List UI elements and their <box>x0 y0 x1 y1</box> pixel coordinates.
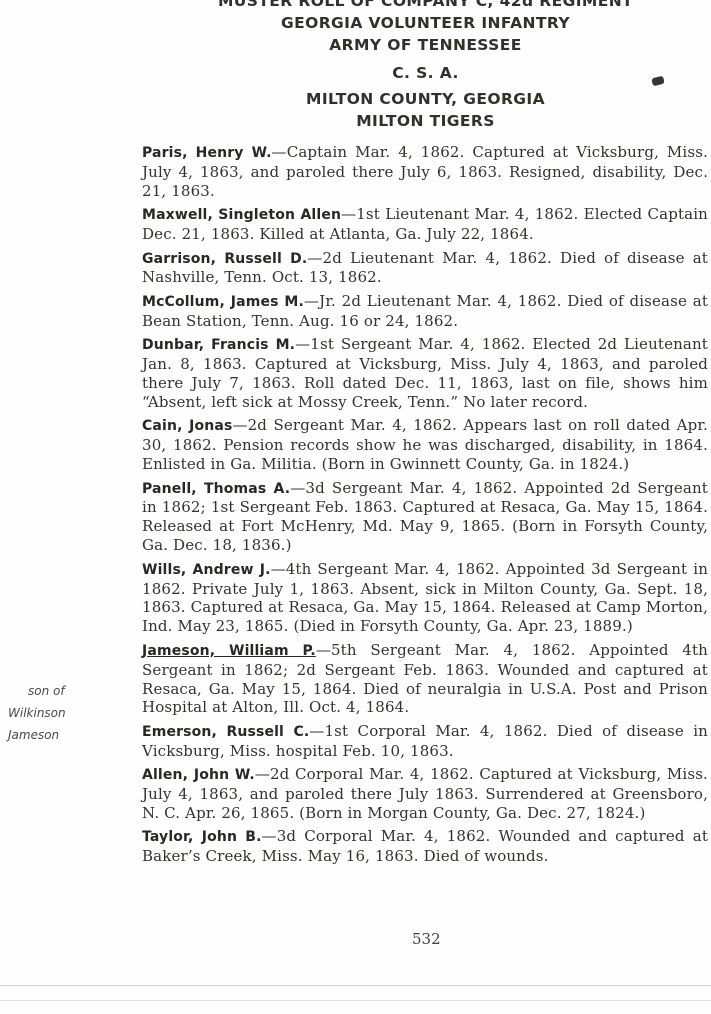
soldier-name: Cain, Jonas <box>142 418 232 434</box>
roster-entry: Cain, Jonas—2d Sergeant Mar. 4, 1862. Ap… <box>142 416 708 474</box>
note-line: Jameson <box>8 724 118 746</box>
page-fold-line <box>0 985 711 986</box>
soldier-name: Panell, Thomas A. <box>142 481 290 497</box>
roster-entry: Jameson, William P.—5th Sergeant Mar. 4,… <box>142 641 708 718</box>
roster-entry: Taylor, John B.—3d Corporal Mar. 4, 1862… <box>142 827 708 866</box>
soldier-name: Emerson, Russell C. <box>142 724 309 740</box>
soldier-name: Taylor, John B. <box>142 829 262 845</box>
soldier-name: Jameson, William P. <box>142 643 316 659</box>
soldier-name: Dunbar, Francis M. <box>142 337 295 353</box>
header-company-name: MILTON TIGERS <box>140 110 711 132</box>
header-unit: GEORGIA VOLUNTEER INFANTRY <box>140 12 711 34</box>
roster-entry: Emerson, Russell C.—1st Corporal Mar. 4,… <box>142 722 708 761</box>
roster-entries: Paris, Henry W.—Captain Mar. 4, 1862. Ca… <box>142 143 708 871</box>
header-title: MUSTER ROLL OF COMPANY C, 42d REGIMENT <box>140 0 711 12</box>
roster-entry: Maxwell, Singleton Allen—1st Lieutenant … <box>142 205 708 244</box>
header-county: MILTON COUNTY, GEORGIA <box>140 88 711 110</box>
soldier-name: Garrison, Russell D. <box>142 251 307 267</box>
header-army: ARMY OF TENNESSEE <box>140 34 711 56</box>
roster-entry: Wills, Andrew J.—4th Sergeant Mar. 4, 18… <box>142 560 708 637</box>
roster-entry: McCollum, James M.—Jr. 2d Lieutenant Mar… <box>142 292 708 331</box>
roster-entry: Panell, Thomas A.—3d Sergeant Mar. 4, 18… <box>142 479 708 556</box>
page-number: 532 <box>0 930 711 948</box>
soldier-name: Allen, John W. <box>142 767 255 783</box>
header-csa: C. S. A. <box>140 62 711 84</box>
roster-entry: Paris, Henry W.—Captain Mar. 4, 1862. Ca… <box>142 143 708 201</box>
soldier-name: Maxwell, Singleton Allen <box>142 207 341 223</box>
handwritten-margin-note: son of Wilkinson Jameson <box>8 680 118 746</box>
roster-entry: Garrison, Russell D.—2d Lieutenant Mar. … <box>142 249 708 288</box>
page-header: MUSTER ROLL OF COMPANY C, 42d REGIMENT G… <box>140 0 711 132</box>
note-line: son of <box>8 680 118 702</box>
note-line: Wilkinson <box>8 702 118 724</box>
soldier-name: Paris, Henry W. <box>142 145 272 161</box>
page-fold-line <box>0 1000 711 1001</box>
soldier-name: McCollum, James M. <box>142 294 304 310</box>
roster-entry: Allen, John W.—2d Corporal Mar. 4, 1862.… <box>142 765 708 823</box>
soldier-name: Wills, Andrew J. <box>142 562 271 578</box>
roster-entry: Dunbar, Francis M.—1st Sergeant Mar. 4, … <box>142 335 708 412</box>
